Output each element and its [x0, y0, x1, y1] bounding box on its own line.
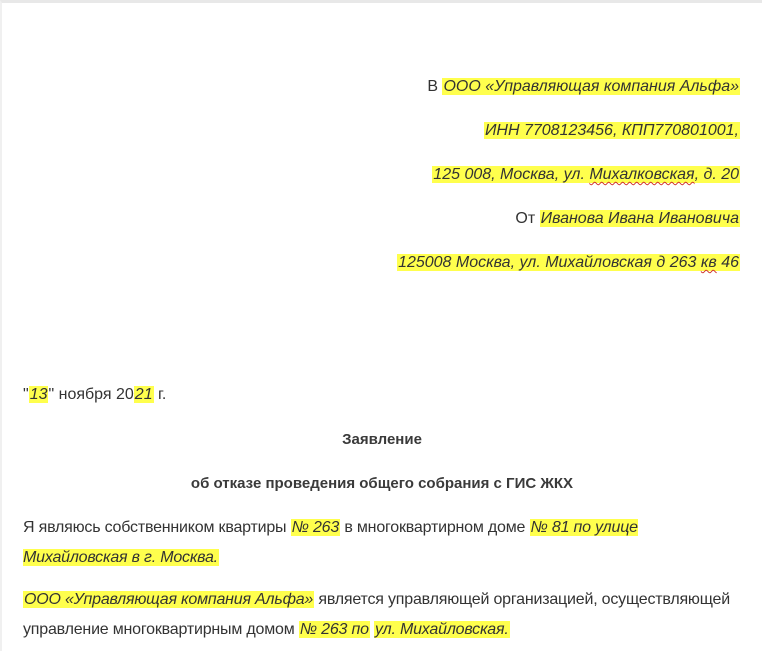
sender-address: 125008 Москва, ул. Михайловская д 263 кв… — [397, 254, 740, 271]
recipient-line: В ООО «Управляющая компания Альфа» — [427, 75, 740, 99]
sender-line: От Иванова Ивана Ивановича — [515, 207, 740, 231]
company-address-part2: , д. 20 — [695, 166, 739, 183]
sender-name: Иванова Ивана Ивановича — [540, 210, 740, 227]
date-line: "13" ноября 2021 г. — [23, 383, 166, 407]
paragraph-ownership: Я являюсь собственником квартиры № 263 в… — [23, 513, 743, 573]
date-year-suffix: 21 — [134, 386, 154, 403]
document-subtitle: об отказе проведения общего собрания с Г… — [2, 472, 762, 496]
date-day: 13 — [29, 386, 49, 403]
inn-kpp-line: ИНН 7708123456, КПП770801001, — [484, 119, 740, 143]
sender-address-kv: кв — [701, 254, 717, 271]
p2-company: ООО «Управляющая компания Альфа» — [23, 591, 314, 608]
company-address-part1: 125 008, Москва, ул. — [433, 166, 589, 183]
sender-prefix: От — [515, 210, 535, 227]
recipient-prefix: В — [427, 78, 438, 95]
inn-kpp: ИНН 7708123456, КПП770801001, — [484, 122, 740, 139]
company-address-street: Михалковская — [589, 166, 694, 183]
p2-street: ул. Михайловская. — [374, 621, 510, 638]
p1-text1: Я являюсь собственником квартиры — [23, 519, 291, 536]
paragraph-management: ООО «Управляющая компания Альфа» являетс… — [23, 585, 743, 645]
sender-address-part1: 125008 Москва, ул. Михайловская д 263 — [398, 254, 701, 271]
p1-apartment-number: № 263 — [291, 519, 340, 536]
p1-text2: в многоквартирном доме — [340, 519, 529, 536]
sender-address-line: 125008 Москва, ул. Михайловская д 263 кв… — [397, 251, 740, 275]
sender-address-part2: 46 — [717, 254, 739, 271]
date-year-end: г. — [154, 386, 167, 403]
p2-house-number: № 263 по — [299, 621, 370, 638]
document-page: В ООО «Управляющая компания Альфа» ИНН 7… — [0, 0, 762, 651]
company-address: 125 008, Москва, ул. Михалковская, д. 20 — [432, 166, 740, 183]
recipient-company: ООО «Управляющая компания Альфа» — [442, 78, 740, 95]
company-address-line: 125 008, Москва, ул. Михалковская, д. 20 — [432, 163, 740, 187]
date-open-quote: " — [23, 386, 29, 403]
date-month: " ноября 20 — [48, 386, 133, 403]
document-title: Заявление — [2, 428, 762, 452]
